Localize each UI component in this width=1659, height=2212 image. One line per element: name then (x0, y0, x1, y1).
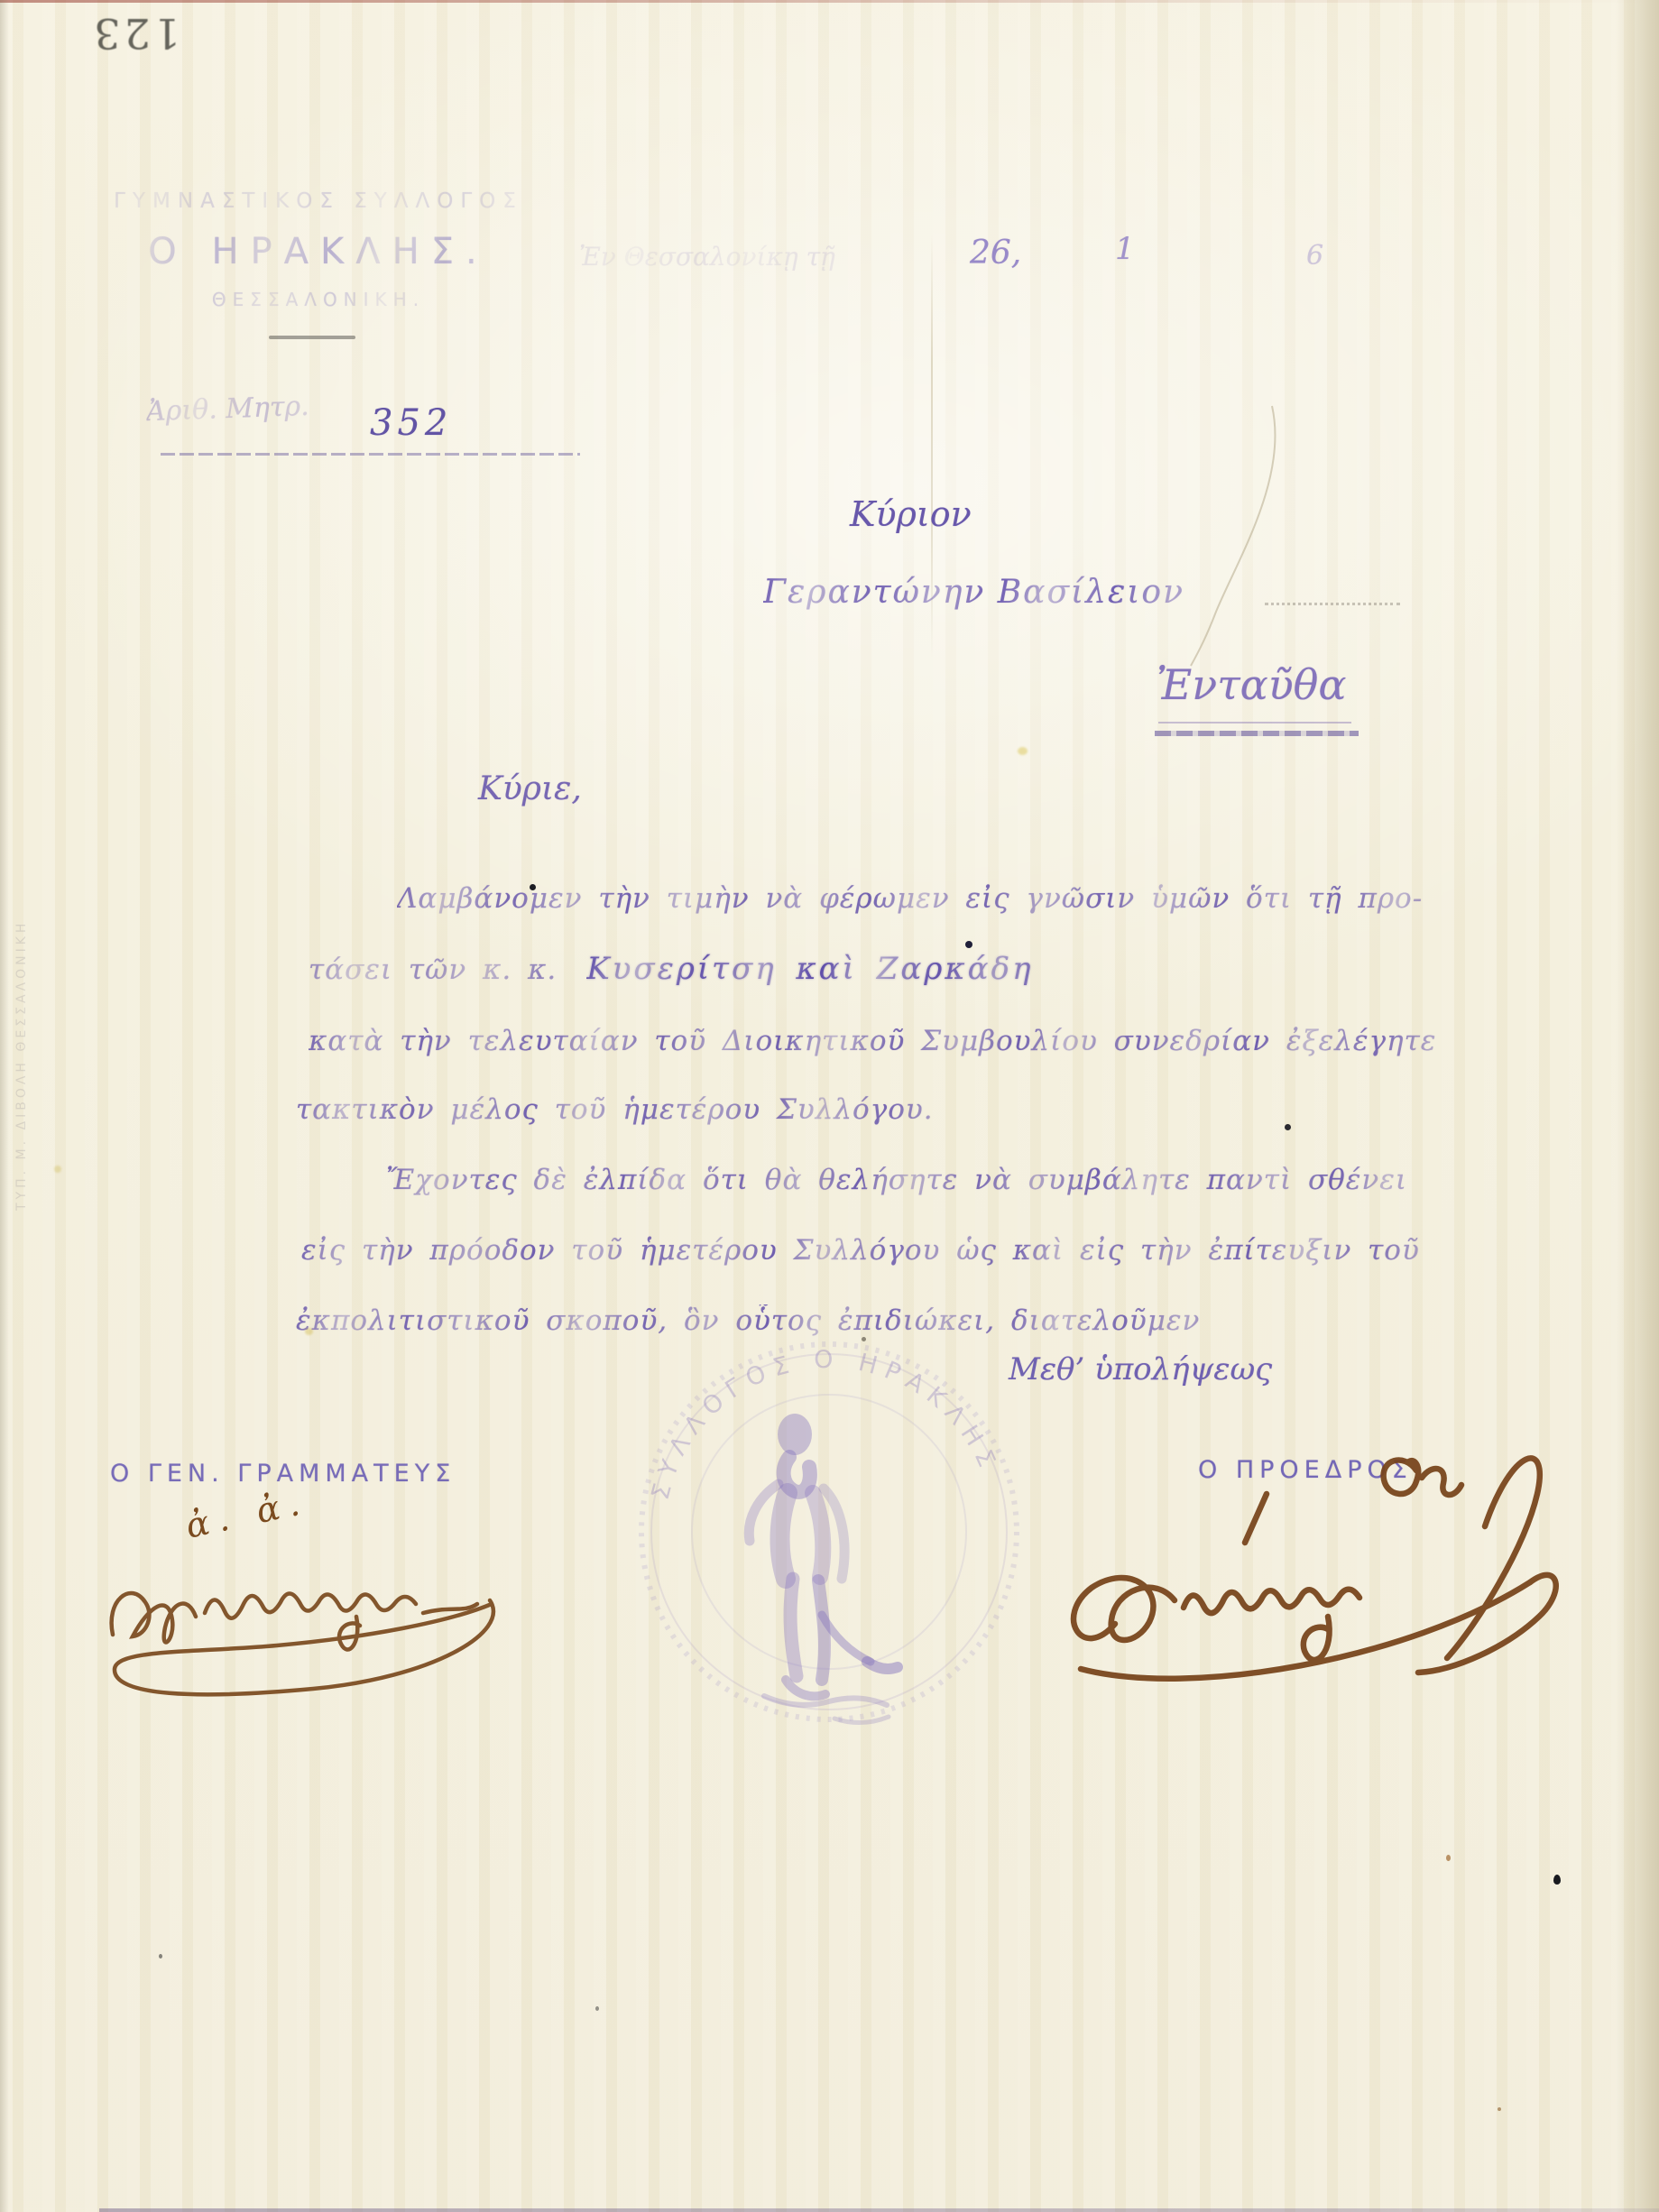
closing-phrase: Μεθ’ ὑπολήψεως (1009, 1351, 1272, 1387)
hercules-figure (749, 1414, 898, 1723)
secretary-signature (86, 1526, 519, 1720)
yellow-stain (54, 1166, 61, 1173)
scanned-letter-page: 123 ΓΥΜΝΑΣΤΙΚΟΣ ΣΥΛΛΟΓΟΣ Ο ΗΡΑΚΛΗΣ. ΘΕΣΣ… (0, 0, 1659, 2212)
body-line-2-prefix: τάσει τῶν κ. κ. (309, 954, 557, 986)
body-line-1: Λαμβάνομεν τὴν τιμὴν νὰ φέρωμεν εἰς γνῶσ… (397, 882, 1423, 915)
stamp-arc-text: ΣΥΛΛΟΓΟΣ Ο ΗΡΑΚΛΗΣ (647, 1346, 1004, 1503)
scan-edge-bottom (99, 2208, 1659, 2212)
place-underline-thin (1158, 722, 1351, 724)
date-prefix-faded: Ἐν Θεσσαλονίκῃ τῇ (579, 242, 835, 272)
letterhead-org-name: ΓΥΜΝΑΣΤΙΚΟΣ ΣΥΛΛΟΓΟΣ (97, 189, 539, 213)
page-curl-shadow-right (1616, 0, 1659, 2212)
recipient-title: Κύριον (850, 494, 972, 534)
scan-edge-left (0, 0, 9, 2212)
registry-number: 352 (370, 402, 452, 444)
letterhead-club-name: Ο ΗΡΑΚΛΗΣ. (97, 231, 539, 272)
registry-label: Ἀριθ. Μητρ. (145, 391, 309, 428)
president-signature (1028, 1400, 1588, 1707)
elected-by-proposal-names: Κυσερίτση καὶ Ζαρκάδη (586, 951, 1033, 987)
letterhead-flourish-rule (269, 336, 355, 339)
recipient-name: Γεραντώνην Βασίλειον (763, 574, 1184, 611)
ink-speck (530, 884, 536, 890)
yellow-stain (305, 1328, 313, 1335)
date-year-digit: 6 (1306, 240, 1323, 272)
scan-edge-top (0, 0, 1659, 3)
club-seal-stamp: ΣΥΛΛΟΓΟΣ Ο ΗΡΑΚΛΗΣ (609, 1308, 1042, 1741)
secretary-title: Ο ΓΕΝ. ΓΡΑΜΜΑΤΕΥΣ (110, 1460, 456, 1488)
date-day: 26, (970, 235, 1021, 272)
body-line-6: εἰς τὴν πρόοδον τοῦ ἡμετέρου Συλλόγου ὡς… (301, 1234, 1420, 1267)
paper-crease-curve (1137, 379, 1317, 677)
paper-speck (595, 2006, 599, 2011)
yellow-stain (1018, 747, 1028, 755)
ink-speck (1553, 1875, 1561, 1885)
paper-speck (159, 1954, 162, 1959)
place-underline-thick (1155, 731, 1359, 736)
date-month: 1 (1115, 231, 1135, 267)
ink-speck (965, 941, 972, 948)
body-line-5: Ἔχοντες δὲ ἐλπίδα ὅτι θὰ θελήσητε νὰ συμ… (386, 1164, 1407, 1196)
recipient-place: Ἐνταῦθα (1157, 660, 1346, 709)
ink-speck (1285, 1124, 1291, 1130)
margin-printer-mark: ΤΥΠ. Μ. ΔΙΒΟΛΗ ΘΕΣΣΑΛΟΝΙΚΗ (14, 920, 29, 1211)
body-line-2: τάσει τῶν κ. κ. Κυσερίτση καὶ Ζαρκάδη (309, 951, 1033, 987)
body-line-4: τακτικὸν μέλος τοῦ ἡμετέρου Συλλόγου. (296, 1093, 934, 1126)
registry-underline (161, 453, 580, 456)
foxing-spot (1498, 2107, 1501, 2111)
salutation: Κύριε, (478, 770, 582, 807)
page-number-upside-down: 123 (63, 9, 180, 58)
paper-speck (862, 1337, 866, 1341)
letterhead-city: ΘΕΣΣΑΛΟΝΙΚΗ. (97, 289, 539, 310)
foxing-spot (1446, 1855, 1451, 1861)
body-line-3: κατὰ τὴν τελευταίαν τοῦ Διοικητικοῦ Συμβ… (309, 1025, 1436, 1057)
